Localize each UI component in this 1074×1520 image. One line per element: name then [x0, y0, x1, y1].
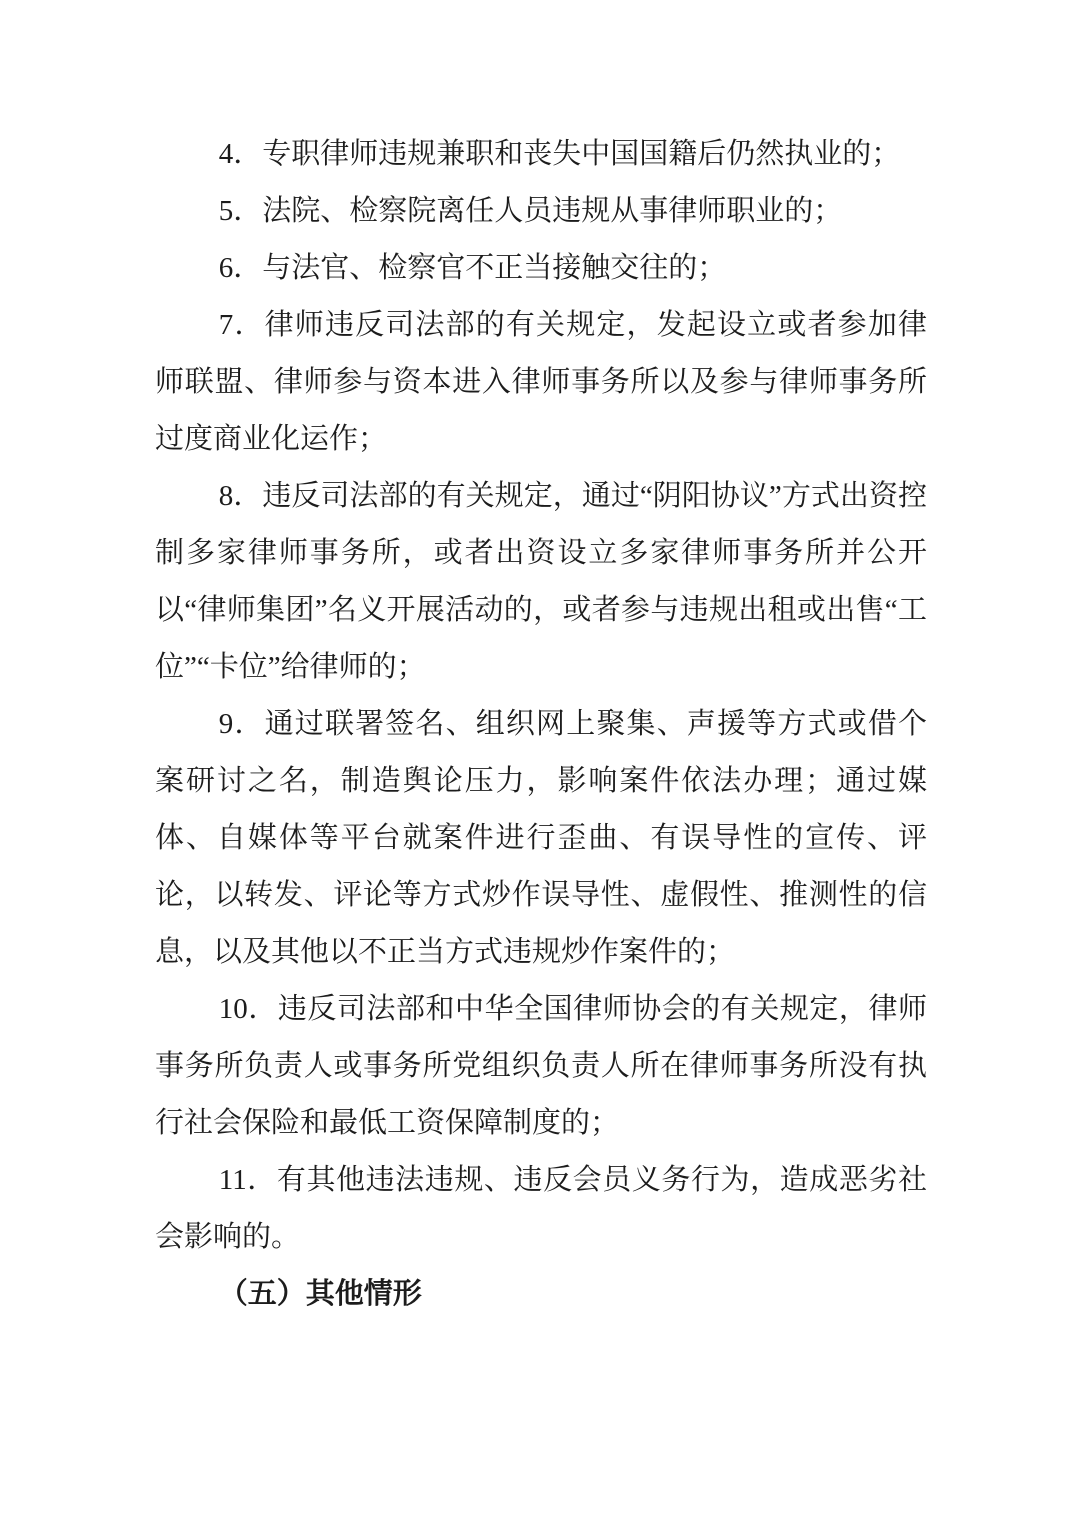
- clause-item-8: 8．违反司法部的有关规定，通过“阴阳协议”方式出资控制多家律师事务所，或者出资设…: [155, 468, 927, 696]
- clause-item-9: 9．通过联署签名、组织网上聚集、声援等方式或借个案研讨之名，制造舆论压力，影响案…: [155, 696, 927, 981]
- clause-item-5: 5．法院、检察院离任人员违规从事律师职业的；: [155, 183, 927, 240]
- clause-item-7: 7．律师违反司法部的有关规定，发起设立或者参加律师联盟、律师参与资本进入律师事务…: [155, 297, 927, 468]
- document-page: 4．专职律师违规兼职和丧失中国国籍后仍然执业的； 5．法院、检察院离任人员违规从…: [0, 0, 1074, 1520]
- section-heading: （五）其他情形: [155, 1266, 927, 1323]
- document-body: 4．专职律师违规兼职和丧失中国国籍后仍然执业的； 5．法院、检察院离任人员违规从…: [155, 126, 927, 1323]
- clause-item-11: 11．有其他违法违规、违反会员义务行为，造成恶劣社会影响的。: [155, 1152, 927, 1266]
- clause-item-10: 10．违反司法部和中华全国律师协会的有关规定，律师事务所负责人或事务所党组织负责…: [155, 981, 927, 1152]
- clause-item-4: 4．专职律师违规兼职和丧失中国国籍后仍然执业的；: [155, 126, 927, 183]
- clause-item-6: 6．与法官、检察官不正当接触交往的；: [155, 240, 927, 297]
